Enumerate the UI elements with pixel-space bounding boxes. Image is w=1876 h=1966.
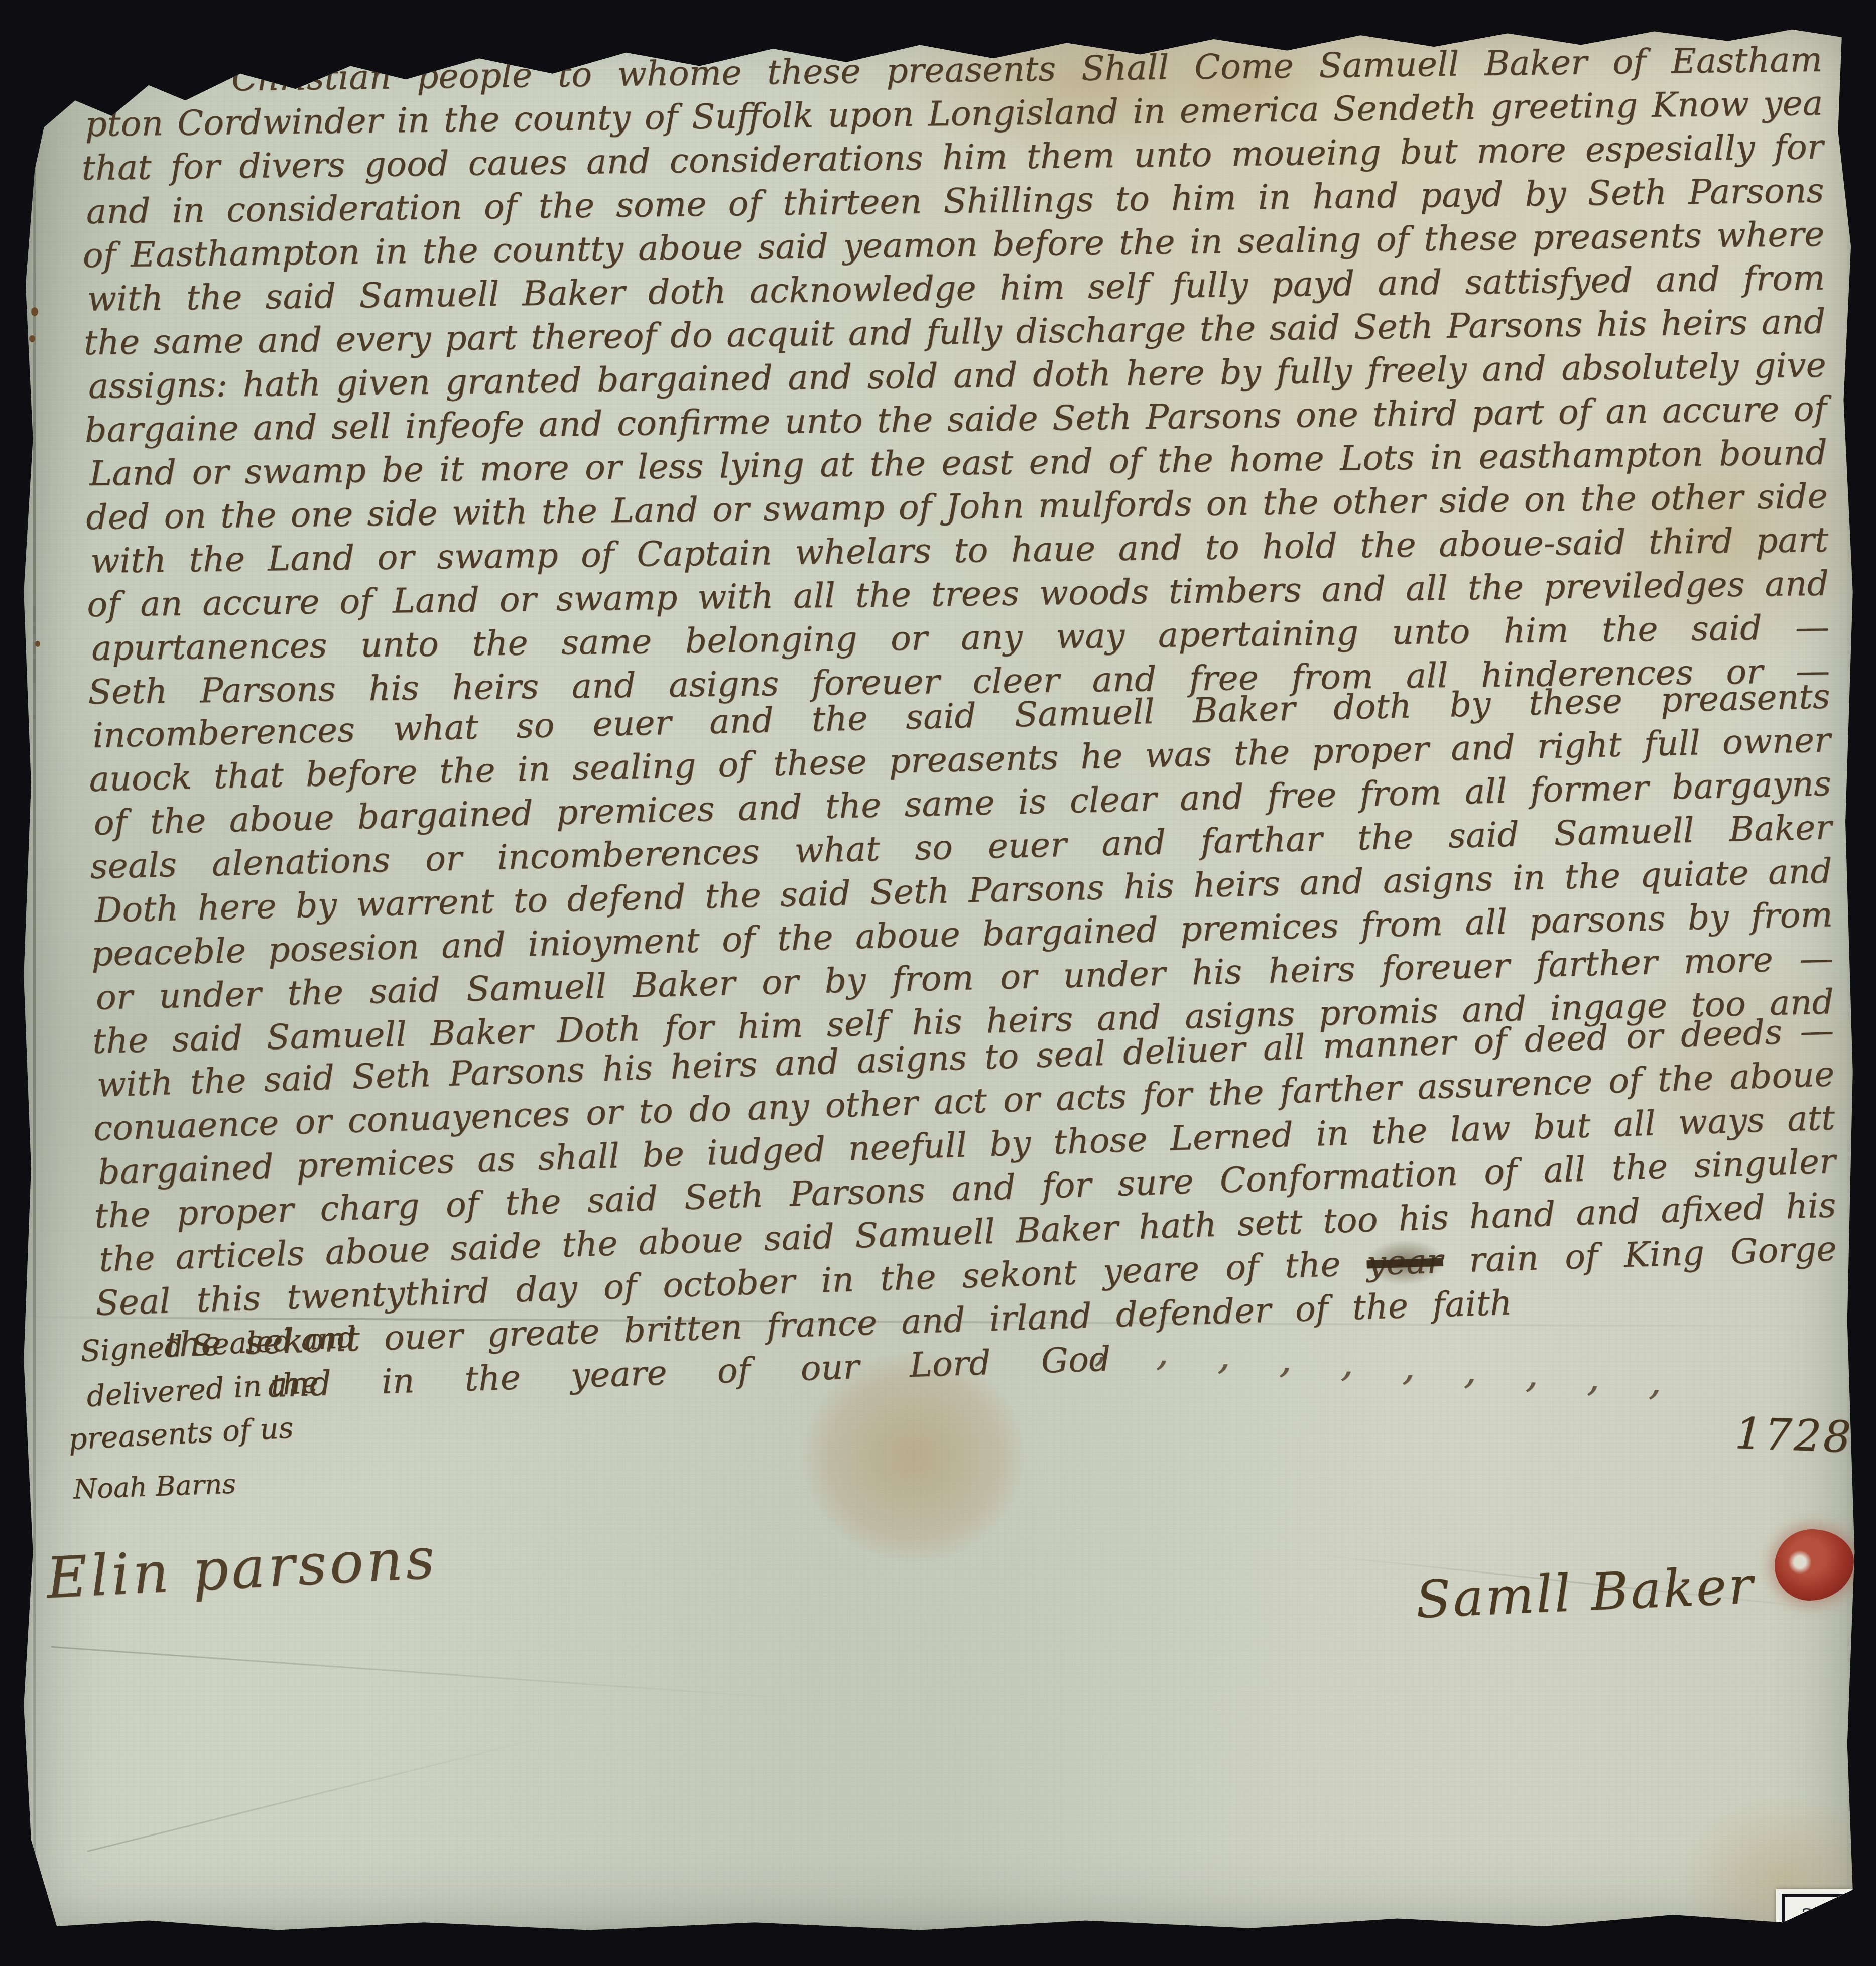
grantor-signature-samuel-baker: Samll Baker xyxy=(1415,1555,1756,1630)
page-number: 23 xyxy=(1801,1903,1827,1932)
paper-crease xyxy=(51,1646,803,1700)
photographed-document-page: { "scene": { "background_color": "#0e0e1… xyxy=(0,0,1876,1966)
deed-body-text: ToallChristianpeopletowhomethesepreasent… xyxy=(80,38,1839,1413)
year-figure: 1728 xyxy=(1734,1408,1853,1463)
ink-speck xyxy=(29,335,35,342)
attestation-line: preasents of us xyxy=(68,1410,295,1456)
paper-stain xyxy=(1677,1793,1876,1963)
manuscript-paper: ToallChristianpeopletowhomethesepreasent… xyxy=(20,16,1856,1936)
ink-speck xyxy=(31,307,38,316)
paper-crease xyxy=(87,1735,551,1852)
ink-speck xyxy=(35,641,40,647)
paper-crease xyxy=(33,16,36,1936)
crossed-out-word: year xyxy=(1366,1239,1443,1285)
red-wax-seal xyxy=(1775,1529,1854,1601)
page-number-label: 23 xyxy=(1776,1889,1852,1945)
witness-name-noah-barns: Noah Barns xyxy=(73,1468,236,1505)
page-number-box: 23 xyxy=(1782,1894,1847,1941)
witness-signature-elin-parsons: Elin parsons xyxy=(45,1526,439,1612)
